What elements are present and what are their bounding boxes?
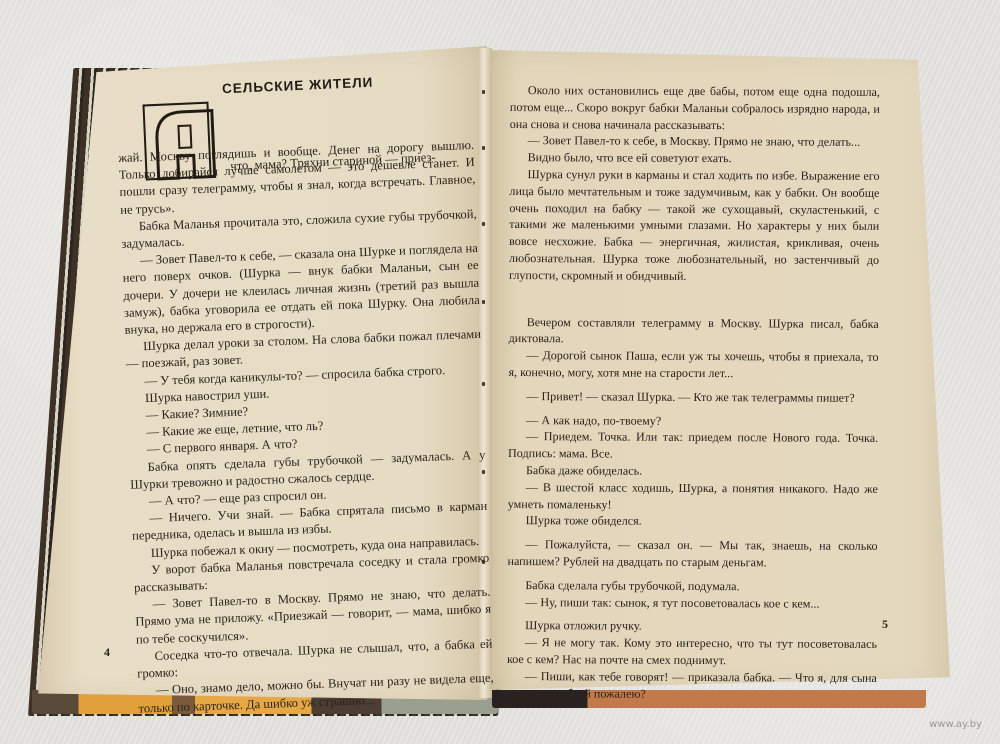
paragraph: — Ну, пиши так: сынок, я тут посоветовал… [507,594,877,613]
paragraph: — Пиши, как тебе говорят! — приказала ба… [507,668,877,704]
paragraph: — Привет! — сказал Шурка. — Кто же так т… [508,388,878,407]
page-number-left: 4 [104,645,110,660]
binding-stitch [482,300,485,304]
paragraph: Бабка сделала губы трубочкой, подумала. [507,577,877,596]
paragraph: — Зовет Павел-то к себе, в Москву. Прямо… [510,132,880,151]
paragraph: жай. Москву поглядишь и вообще. Денег на… [118,137,476,219]
binding-stitch [482,222,485,226]
paragraph: Вечером составляли телеграмму в Москву. … [509,314,879,350]
section-break [509,284,879,316]
paragraph: — А как надо, по-твоему? [508,412,878,431]
paragraph: Шурка тоже обиделся. [508,512,878,531]
binding-stitch [482,90,485,94]
paragraph: Шурка сунул руки в карманы и стал ходить… [509,166,880,286]
paragraph: — Дорогой сынок Паша, если уж ты хочешь,… [508,347,878,383]
right-page-text: Около них остановились еще две бабы, пот… [507,82,880,703]
paragraph: Около них остановились еще две бабы, пот… [510,82,880,134]
paragraph: — Пожалуйста, — сказал он. — Мы так, зна… [507,536,877,572]
watermark: www.ay.by [929,719,982,730]
left-page-text: жай. Москву поглядишь и вообще. Денег на… [118,137,495,717]
paragraph: — Я не могу так. Кому это интересно, что… [507,634,877,670]
binding-stitch [482,146,485,150]
paragraph: Видно было, что все ей советуют ехать. [510,149,880,168]
paragraph: — Зовет Павел-то к себе, — сказала она Ш… [122,240,481,339]
paragraph: Шурка отложил ручку. [507,617,877,636]
page-number-right: 5 [882,617,888,632]
paragraph: — В шестой класс ходишь, Шурка, а поняти… [508,479,878,515]
book-photo: СЕЛЬСКИЕ ЖИТЕЛИ что, мама? Тряхни старин… [0,0,1000,744]
paragraph: — Приедем. Точка. Или так: приедем после… [508,428,878,464]
paragraph: Бабка даже обиделась. [508,462,878,481]
